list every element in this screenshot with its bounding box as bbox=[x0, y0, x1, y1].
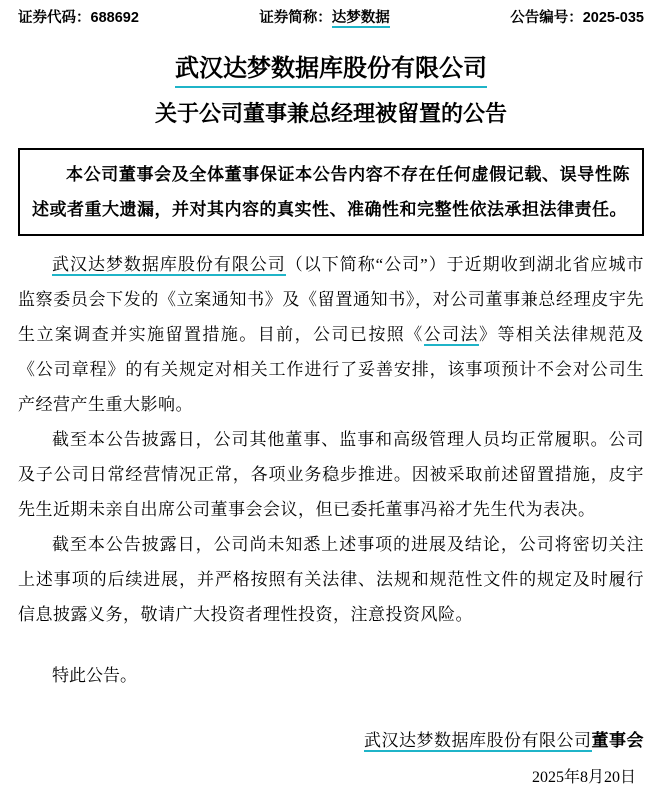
signature-date: 2025年8月20日 bbox=[18, 763, 644, 793]
statement-box: 本公司董事会及全体董事保证本公告内容不存在任何虚假记载、误导性陈述或者重大遗漏，… bbox=[18, 148, 644, 236]
paragraph-3: 截至本公告披露日，公司尚未知悉上述事项的进展及结论，公司将密切关注上述事项的后续… bbox=[18, 527, 644, 632]
announcement-number-text: 公告编号：2025-035 bbox=[510, 8, 644, 28]
stock-name-group: 证券简称：达梦数据 bbox=[259, 8, 390, 28]
company-law-link[interactable]: 公司法 bbox=[424, 325, 479, 346]
signature-company-link[interactable]: 武汉达梦数据库股份有限公司 bbox=[364, 731, 592, 752]
statement-text: 本公司董事会及全体董事保证本公告内容不存在任何虚假记载、误导性陈述或者重大遗漏，… bbox=[32, 157, 630, 227]
announcement-document: 证券代码：688692 证券简称：达梦数据 公告编号：2025-035 武汉达梦… bbox=[0, 0, 660, 798]
stock-name-link[interactable]: 达梦数据 bbox=[332, 10, 390, 28]
signature-block: 武汉达梦数据库股份有限公司董事会 bbox=[18, 723, 644, 758]
company-title-link[interactable]: 武汉达梦数据库股份有限公司 bbox=[175, 54, 487, 88]
stock-code-text: 证券代码：688692 bbox=[18, 8, 139, 28]
paragraph-2: 截至本公告披露日，公司其他董事、监事和高级管理人员均正常履职。公司及子公司日常经… bbox=[18, 422, 644, 527]
title-row: 武汉达梦数据库股份有限公司 bbox=[18, 54, 644, 88]
company-name-link[interactable]: 武汉达梦数据库股份有限公司 bbox=[52, 255, 286, 276]
stock-name-label: 证券简称： bbox=[259, 10, 332, 26]
signature-board-suffix: 董事会 bbox=[592, 731, 645, 750]
announcement-subtitle: 关于公司董事兼总经理被留置的公告 bbox=[155, 99, 507, 129]
subtitle-row: 关于公司董事兼总经理被留置的公告 bbox=[18, 99, 644, 129]
announcement-body: 武汉达梦数据库股份有限公司（以下简称“公司”）于近期收到湖北省应城市监察委员会下… bbox=[18, 247, 644, 693]
document-header: 证券代码：688692 证券简称：达梦数据 公告编号：2025-035 bbox=[18, 8, 644, 28]
paragraph-1: 武汉达梦数据库股份有限公司（以下简称“公司”）于近期收到湖北省应城市监察委员会下… bbox=[18, 247, 644, 422]
closing-text: 特此公告。 bbox=[18, 658, 644, 693]
